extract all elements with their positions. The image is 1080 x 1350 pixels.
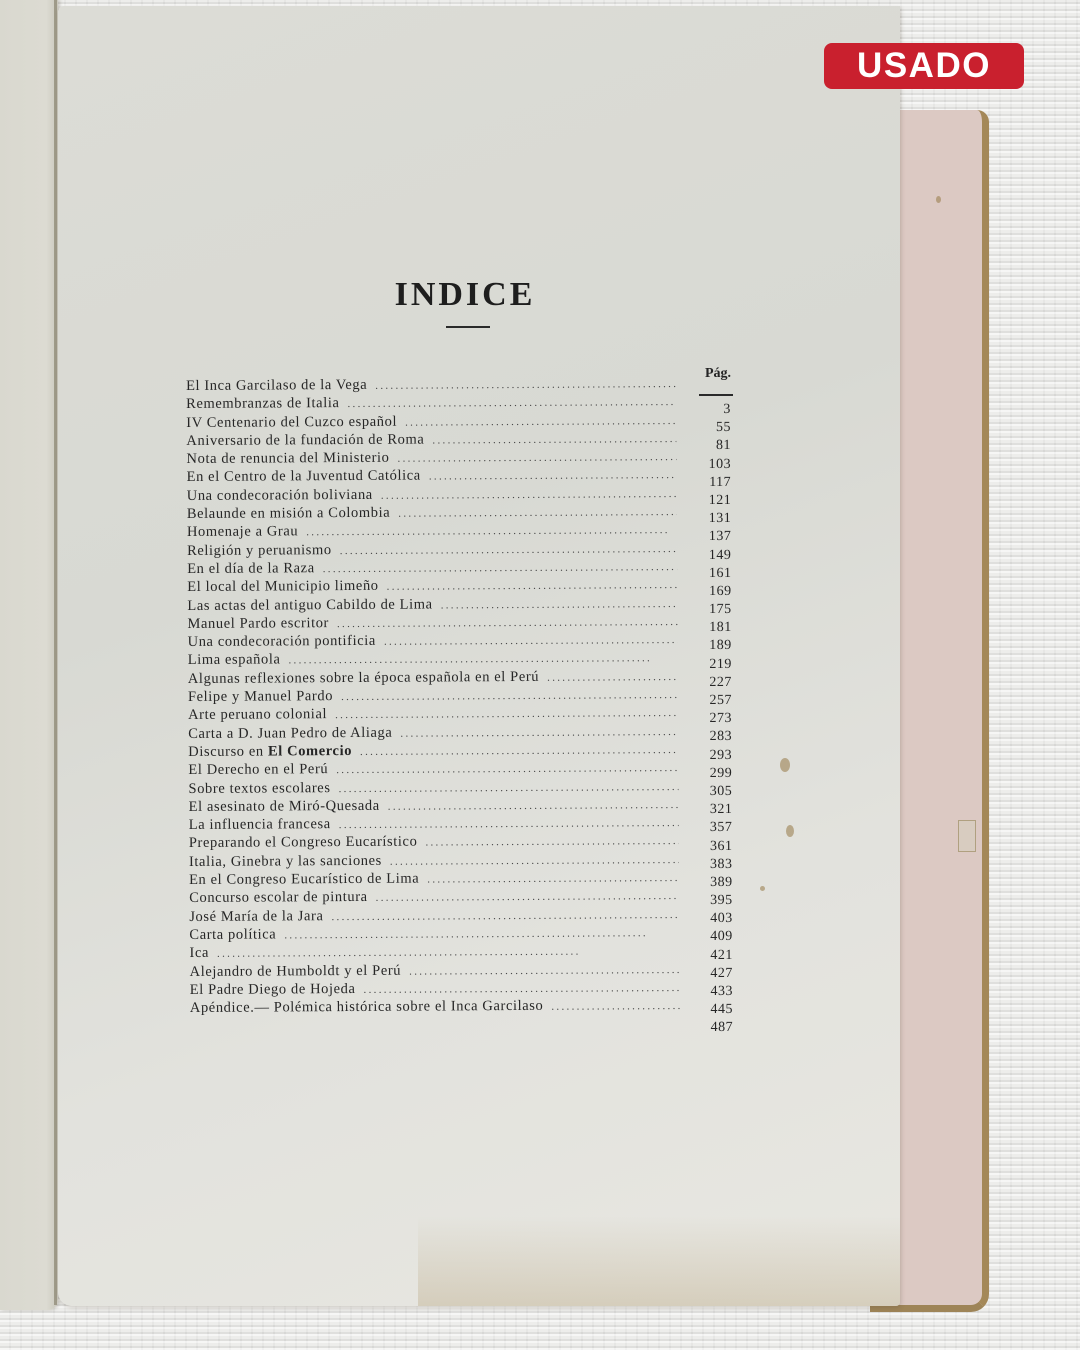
toc-entry-title: Religión y peruanismo (187, 542, 332, 560)
toc-entry-title: En el día de la Raza (187, 560, 315, 578)
toc-entry-page: 383 (692, 857, 732, 875)
toc-entry-page: 175 (692, 602, 732, 620)
toc-entry-page: 273 (692, 711, 732, 729)
toc-entry-page: 219 (692, 657, 732, 675)
toc-entry-title: Lima española (188, 652, 281, 670)
toc-entry-title: En el Congreso Eucarístico de Lima (189, 871, 419, 889)
dot-leader: ........................................… (425, 835, 678, 849)
dot-leader: ........................................… (323, 561, 678, 575)
toc-entry-title: José María de la Jara (189, 908, 323, 926)
toc-entry-page: 433 (693, 984, 733, 1002)
toc-entry-title: Concurso escolar de pintura (189, 889, 368, 907)
dot-leader: ........................................… (390, 854, 679, 868)
dot-leader: ........................................… (398, 506, 677, 520)
toc-entry: Apéndice.— Polémica histórica sobre el I… (190, 997, 680, 1018)
toc-entry-title: Felipe y Manuel Pardo (188, 688, 333, 706)
toc-entry-page: 427 (693, 966, 733, 984)
toc-entry-title: Arte peruano colonial (188, 706, 327, 724)
dot-leader: ........................................… (551, 1000, 680, 1013)
dot-leader: ........................................… (384, 634, 678, 648)
dot-leader: ........................................… (427, 872, 679, 886)
toc-entry-title: El Padre Diego de Hojeda (190, 981, 356, 999)
dot-leader: ........................................… (306, 524, 677, 538)
toc-entry-title: Una condecoración pontificia (188, 633, 376, 651)
toc-entry-page: 81 (691, 438, 731, 456)
toc-entry-title: Sobre textos escolares (188, 780, 330, 798)
toc-entry-page: 169 (692, 584, 732, 602)
paper-stain (786, 825, 794, 837)
dot-leader: ........................................… (388, 799, 679, 813)
toc-entry-page: 121 (691, 493, 731, 511)
toc-entry-title: Ica (189, 945, 209, 962)
toc-entry-page: 403 (693, 911, 733, 929)
toc-entry-page: 299 (692, 766, 732, 784)
toc-entry-title: Manuel Pardo escritor (187, 615, 329, 633)
toc-entry-page: 293 (692, 747, 732, 765)
toc-entry-title: Carta a D. Juan Pedro de Aliaga (188, 724, 392, 742)
toc-entry-title: IV Centenario del Cuzco español (186, 413, 397, 431)
toc-entry-page: 131 (691, 511, 731, 529)
toc-entry-title-prefix: Discurso en (188, 743, 268, 759)
toc-entry-title: Las actas del antiguo Cabildo de Lima (187, 596, 432, 614)
toc-entry-page: 117 (691, 475, 731, 493)
toc-entry-title: Homenaje a Grau (187, 524, 298, 542)
toc-entry-page: 361 (692, 838, 732, 856)
dot-leader: ........................................… (429, 469, 677, 483)
left-page-edge (0, 0, 58, 1310)
torn-cover-fragment (958, 820, 976, 852)
toc-entry-page: 181 (692, 620, 732, 638)
dot-leader: ........................................… (340, 543, 677, 557)
page-number-column: 3558110311712113113714916116917518118921… (691, 402, 733, 1039)
toc-entry-title: Italia, Ginebra y las sanciones (189, 853, 382, 871)
toc-entry-page: 103 (691, 456, 731, 474)
toc-entry-title: Aniversario de la fundación de Roma (186, 431, 424, 449)
toc-entry-title: El local del Municipio limeño (187, 578, 378, 596)
toc-entry-page: 227 (692, 675, 732, 693)
toc-entry-page: 421 (693, 948, 733, 966)
toc-entry-title: Carta política (189, 926, 276, 944)
dot-leader: ........................................… (331, 909, 679, 923)
toc-entry-page: 283 (692, 729, 732, 747)
toc-entry-page: 305 (692, 784, 732, 802)
dot-leader: ........................................… (335, 707, 678, 721)
dot-leader: ........................................… (364, 982, 680, 996)
dot-leader: ........................................… (381, 488, 677, 502)
dot-leader: ........................................… (400, 726, 678, 740)
table-of-contents: El Inca Garcilaso de la Vega ...........… (186, 375, 680, 1018)
dot-leader: ........................................… (337, 616, 678, 630)
dot-leader: ........................................… (441, 598, 678, 611)
toc-entry-title: El asesinato de Miró-Quesada (189, 798, 380, 816)
dot-leader: ........................................… (339, 817, 679, 831)
toc-entry-page: 55 (691, 420, 731, 438)
page-column-rule (699, 394, 733, 396)
toc-entry-page: 389 (693, 875, 733, 893)
toc-entry-page: 161 (691, 566, 731, 584)
dot-leader: ........................................… (375, 378, 676, 392)
toc-entry-page: 189 (692, 638, 732, 656)
toc-entry-page: 137 (691, 529, 731, 547)
toc-entry-title: Apéndice.— Polémica histórica sobre el I… (190, 998, 544, 1017)
toc-entry-title: En el Centro de la Juventud Católica (187, 468, 421, 486)
toc-entry-title-bold: El Comercio (268, 743, 352, 760)
toc-entry-title: Remembranzas de Italia (186, 395, 339, 413)
toc-entry-title: Algunas reflexiones sobre la época españ… (188, 669, 539, 688)
page-column-header: Pág. (700, 366, 736, 382)
dot-leader: ........................................… (288, 652, 677, 666)
toc-entry-title: Alejandro de Humboldt y el Perú (190, 962, 402, 980)
toc-entry-title: El Inca Garcilaso de la Vega (186, 377, 367, 395)
toc-entry-title: El Derecho en el Perú (188, 761, 328, 779)
dot-leader: ........................................… (360, 744, 678, 758)
dot-leader: ........................................… (284, 927, 679, 941)
toc-entry-page: 321 (692, 802, 732, 820)
dot-leader: ........................................… (387, 579, 678, 593)
dot-leader: ........................................… (217, 945, 680, 960)
dot-leader: ........................................… (336, 762, 678, 776)
dot-leader: ........................................… (432, 433, 676, 446)
paper-stain (936, 196, 941, 203)
toc-entry-page: 395 (693, 893, 733, 911)
dot-leader: ........................................… (547, 671, 678, 684)
dot-leader: ........................................… (397, 451, 676, 465)
dot-leader: ........................................… (339, 781, 679, 795)
toc-entry-title: Nota de renuncia del Ministerio (186, 450, 389, 468)
toc-entry-title: Belaunde en misión a Colombia (187, 505, 391, 523)
toc-entry-page: 357 (692, 820, 732, 838)
dot-leader: ........................................… (405, 415, 676, 429)
paper-stain (780, 758, 790, 772)
used-condition-badge: USADO (824, 43, 1024, 89)
toc-entry-title: Una condecoración boliviana (187, 487, 373, 505)
toc-entry-page: 257 (692, 693, 732, 711)
page-title: INDICE (0, 276, 930, 314)
dot-leader: ........................................… (347, 396, 676, 410)
toc-entry-title: La influencia francesa (189, 816, 331, 834)
toc-entry-page: 487 (693, 1020, 733, 1038)
book-gutter (54, 0, 57, 1305)
toc-entry-page: 445 (693, 1002, 733, 1020)
dot-leader: ........................................… (409, 963, 680, 977)
dot-leader: ........................................… (341, 689, 678, 703)
toc-entry-page: 149 (691, 547, 731, 565)
toc-entry-page: 3 (691, 402, 731, 420)
title-rule (446, 326, 490, 328)
dot-leader: ........................................… (376, 890, 680, 904)
toc-entry-page: 409 (693, 929, 733, 947)
toc-entry-title: Discurso en El Comercio (188, 743, 352, 761)
toc-entry-title: Preparando el Congreso Eucarístico (189, 834, 418, 852)
paper-stain (760, 886, 765, 891)
